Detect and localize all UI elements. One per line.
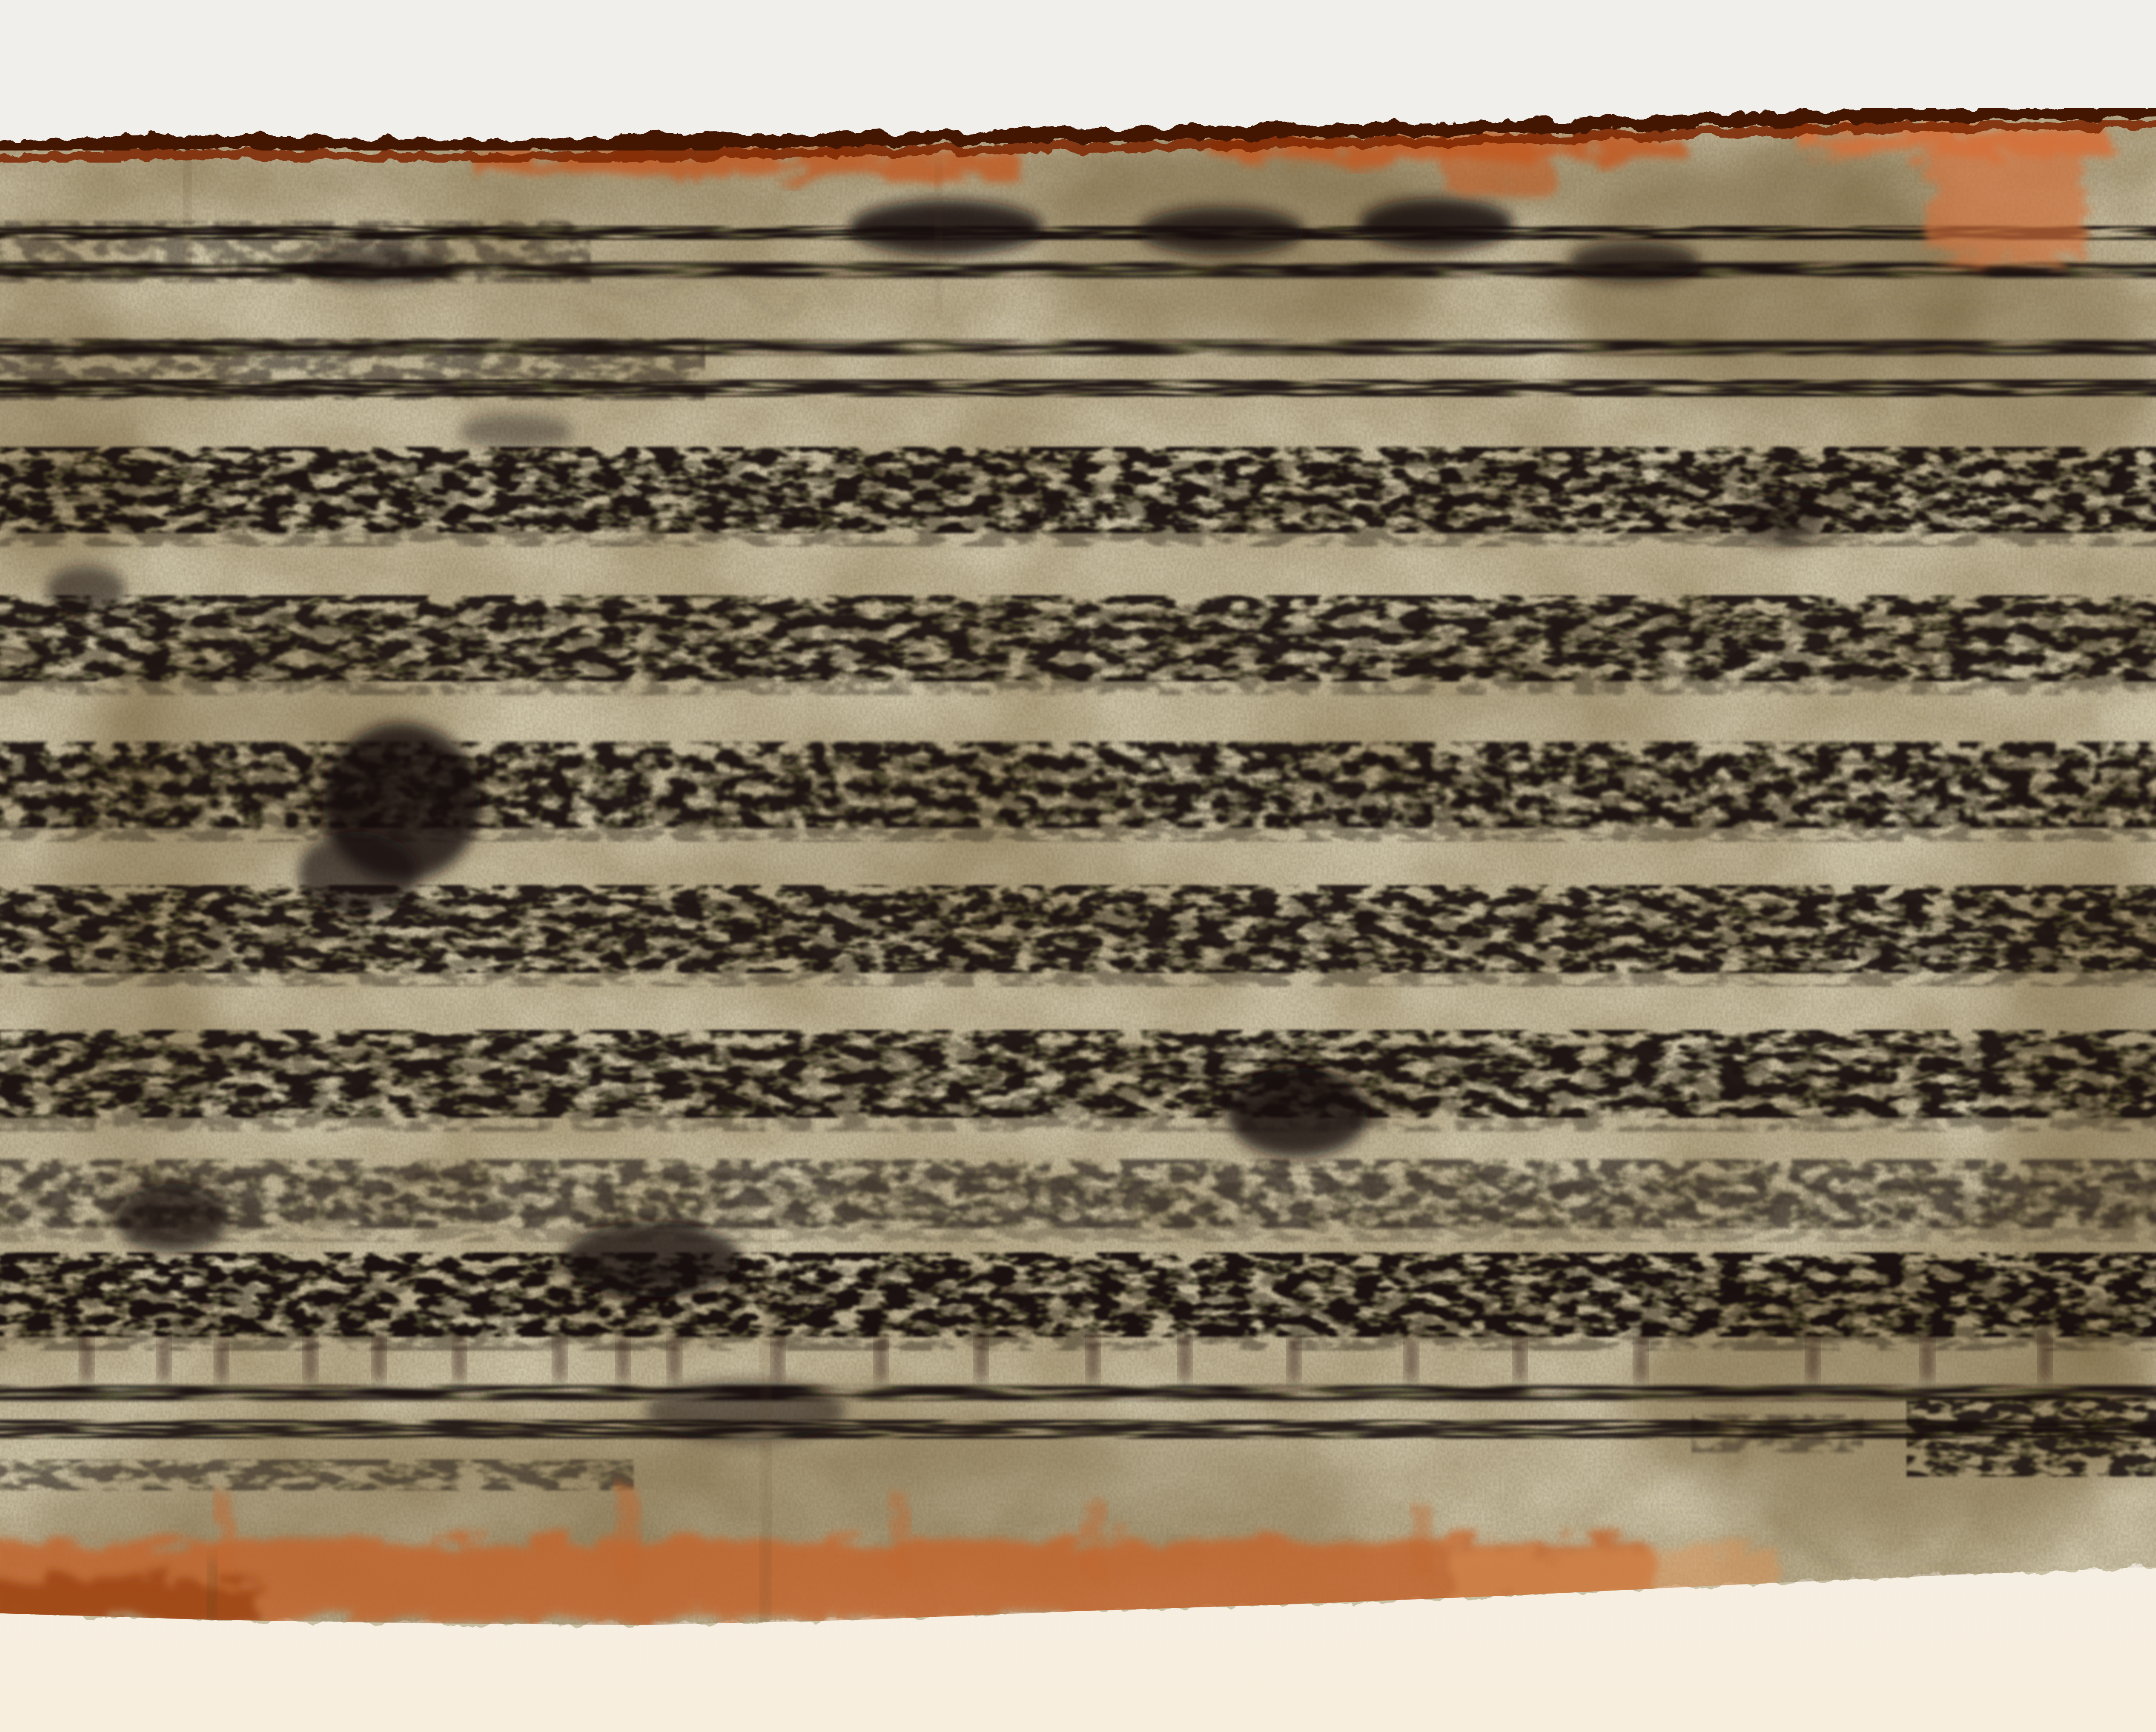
manuscript-scene <box>0 0 2156 1732</box>
dust-specks <box>0 104 2156 1639</box>
manuscript-photograph <box>0 0 2156 1732</box>
